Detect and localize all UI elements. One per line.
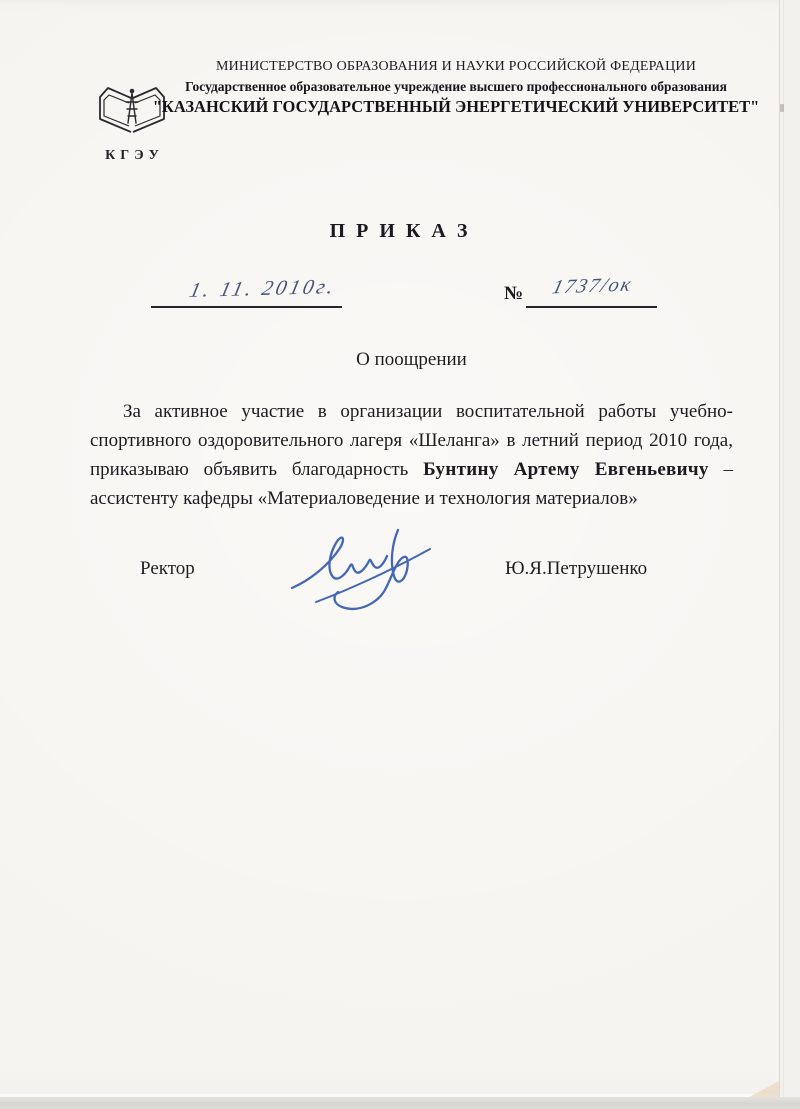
signer-position: Ректор <box>140 558 195 580</box>
number-label: № <box>504 283 523 305</box>
rector-signature-ink <box>286 516 438 618</box>
handwritten-number: 1737/ок <box>527 273 659 300</box>
scan-speck <box>780 104 784 112</box>
number-underline <box>526 306 657 308</box>
date-underline <box>151 306 342 308</box>
logo-caption: КГЭУ <box>94 148 170 164</box>
handwritten-date: 1. 11. 2010г. <box>175 274 352 303</box>
scan-bottom-edge <box>0 1097 800 1109</box>
order-body-paragraph: За активное участие в организации воспит… <box>90 397 733 513</box>
scanned-paper-sheet: КГЭУ МИНИСТЕРСТВО ОБРАЗОВАНИЯ И НАУКИ РО… <box>0 0 800 1109</box>
awardee-name-bold: Бунтину Артему Евгеньевичу <box>423 459 709 480</box>
signer-name: Ю.Я.Петрушенко <box>505 558 647 580</box>
order-subject: О поощрении <box>90 349 733 371</box>
scan-top-edge <box>0 0 800 5</box>
ministry-line: МИНИСТЕРСТВО ОБРАЗОВАНИЯ И НАУКИ РОССИЙС… <box>150 59 762 75</box>
university-name-line: "КАЗАНСКИЙ ГОСУДАРСТВЕННЫЙ ЭНЕРГЕТИЧЕСКИ… <box>150 97 762 117</box>
document-title: П Р И К А З <box>0 220 800 243</box>
paper-corner-fold <box>749 1081 779 1097</box>
institution-type-line: Государственное образовательное учрежден… <box>150 79 762 95</box>
scan-right-edge <box>779 0 800 1109</box>
letterhead: МИНИСТЕРСТВО ОБРАЗОВАНИЯ И НАУКИ РОССИЙС… <box>150 59 762 117</box>
